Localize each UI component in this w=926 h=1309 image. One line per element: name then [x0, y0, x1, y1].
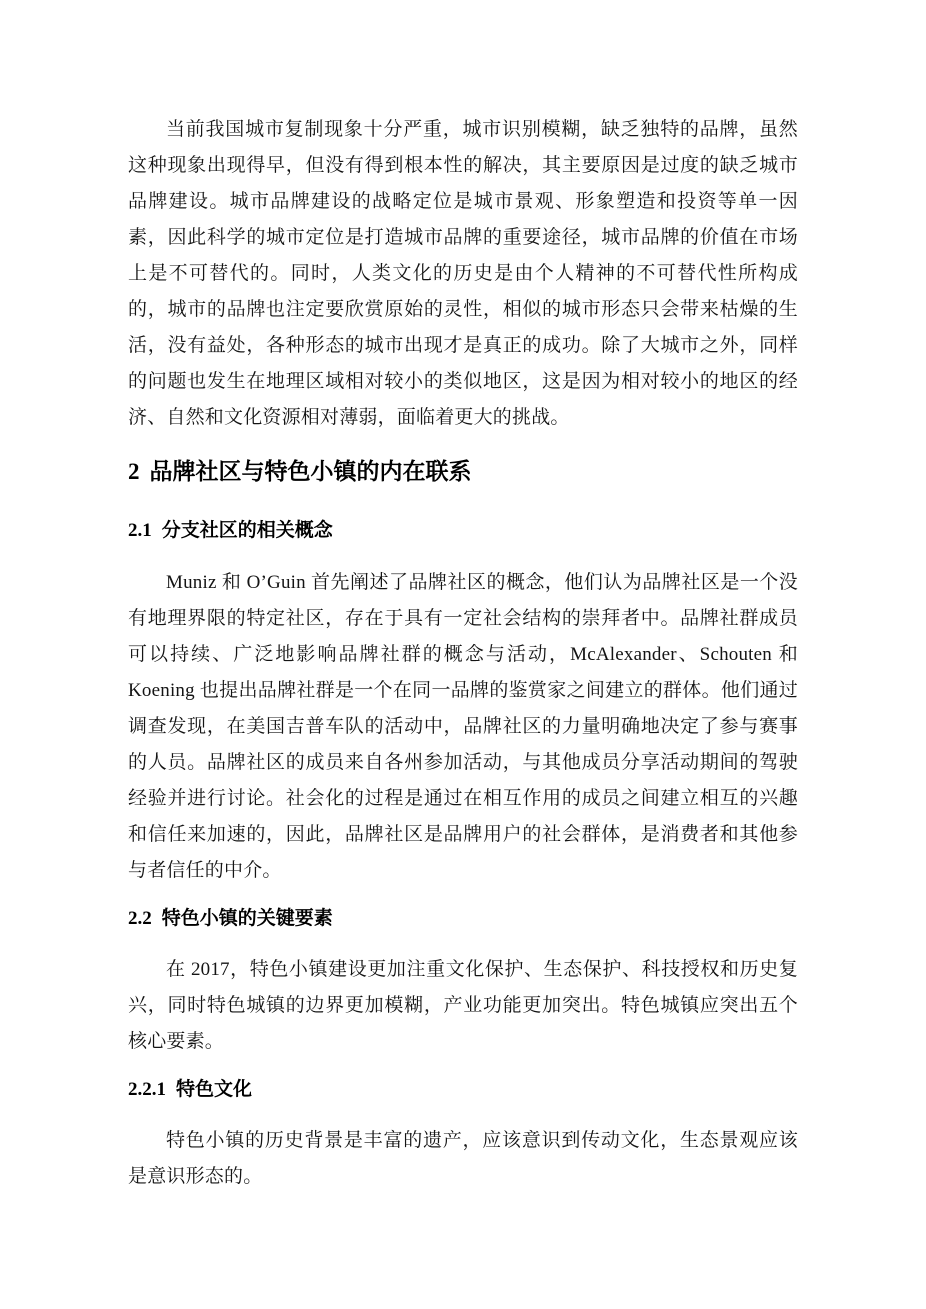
- section-2-1-heading: 2.1分支社区的相关概念: [128, 515, 798, 547]
- section-2-2-number: 2.2: [128, 908, 152, 929]
- section-2-2-1-heading: 2.2.1特色文化: [128, 1074, 798, 1106]
- section-2-2-title: 特色小镇的关键要素: [162, 908, 333, 929]
- document-page: 当前我国城市复制现象十分严重，城市识别模糊，缺乏独特的品牌，虽然这种现象出现得早…: [0, 0, 926, 1309]
- section-2-number: 2: [128, 459, 140, 484]
- section-2-2-paragraph: 在 2017，特色小镇建设更加注重文化保护、生态保护、科技授权和历史复兴，同时特…: [128, 952, 798, 1060]
- section-2-heading: 2品牌社区与特色小镇的内在联系: [128, 454, 798, 489]
- section-2-2-1-number: 2.2.1: [128, 1079, 166, 1100]
- intro-paragraph: 当前我国城市复制现象十分严重，城市识别模糊，缺乏独特的品牌，虽然这种现象出现得早…: [128, 112, 798, 436]
- section-2-2-1-title: 特色文化: [176, 1079, 252, 1100]
- section-2-1-title: 分支社区的相关概念: [162, 520, 333, 541]
- section-2-title: 品牌社区与特色小镇的内在联系: [150, 458, 472, 484]
- section-2-1-number: 2.1: [128, 520, 152, 541]
- section-2-2-heading: 2.2特色小镇的关键要素: [128, 903, 798, 935]
- section-2-2-1-paragraph: 特色小镇的历史背景是丰富的遗产，应该意识到传动文化，生态景观应该是意识形态的。: [128, 1123, 798, 1195]
- section-2-1-paragraph: Muniz 和 O’Guin 首先阐述了品牌社区的概念，他们认为品牌社区是一个没…: [128, 565, 798, 889]
